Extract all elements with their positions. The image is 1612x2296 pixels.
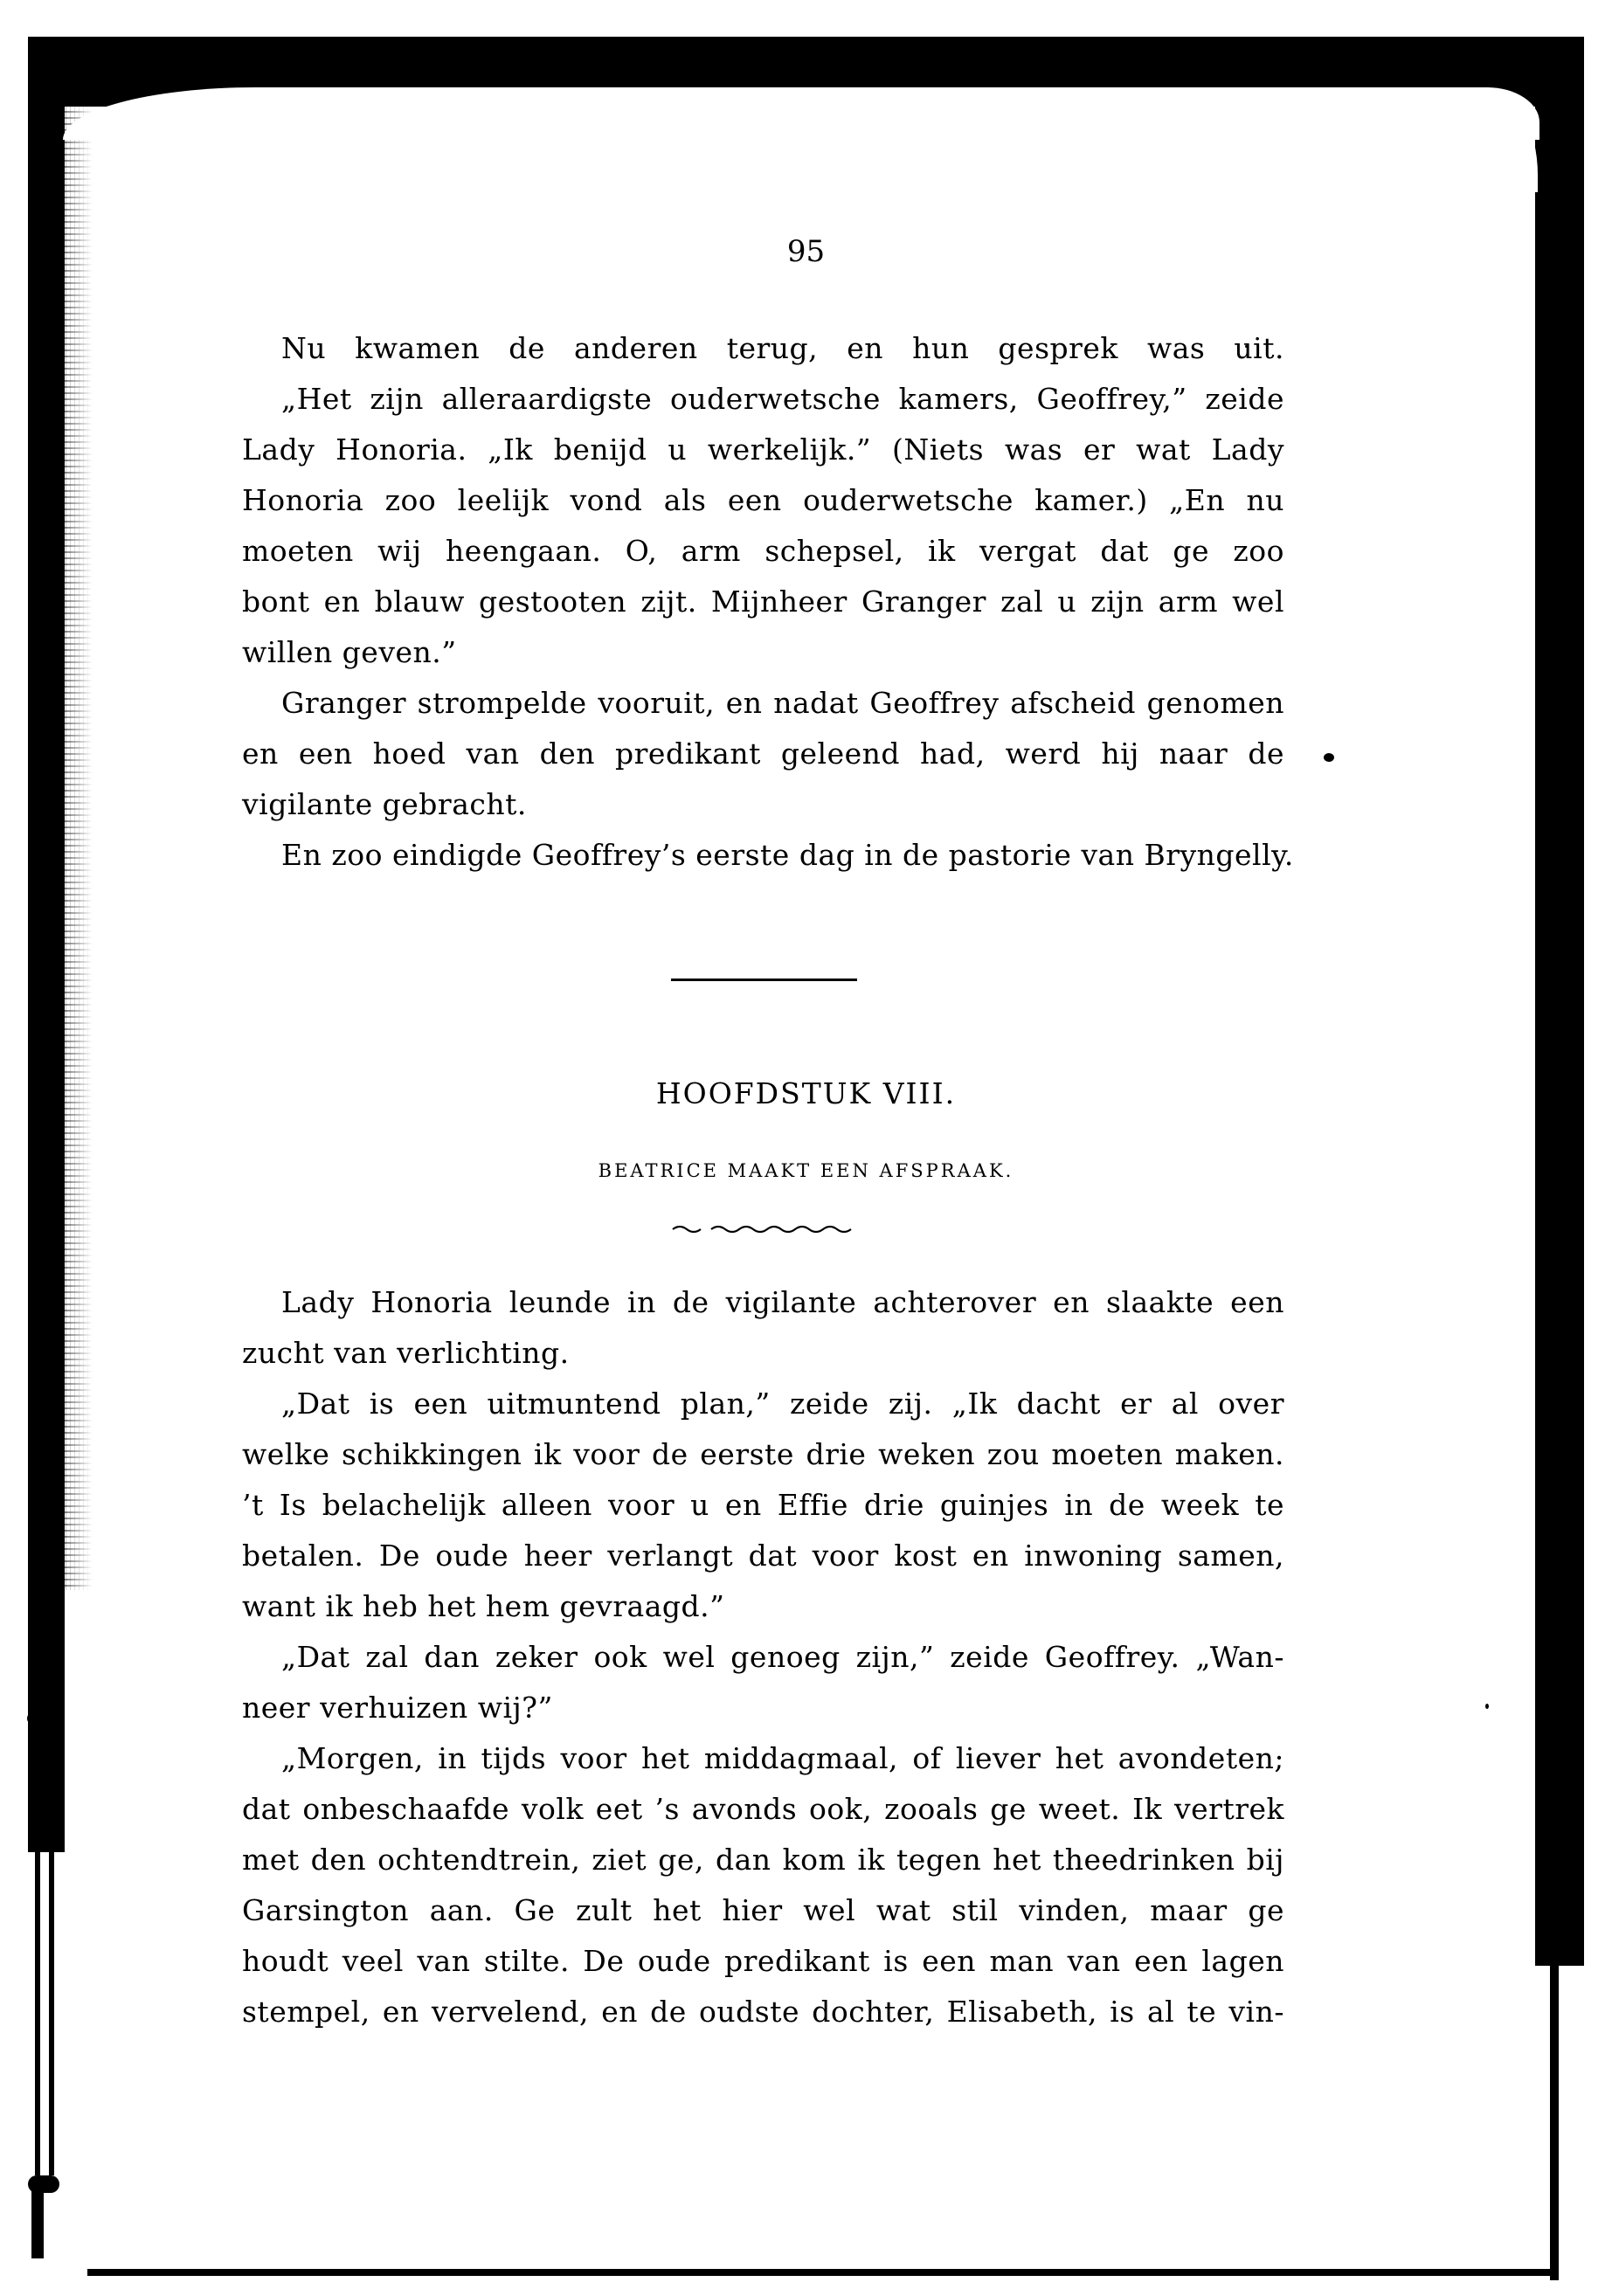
text-line: zucht van verlichting.	[242, 1328, 1284, 1379]
page-border-bottom	[87, 2269, 1559, 2276]
text-line: bont en blauw gestooten zijt. Mijnheer G…	[242, 577, 1284, 627]
text-line: houdt veel van stilte. De oude predikant…	[242, 1936, 1284, 1987]
text-line: Nu kwamen de anderen terug, en hun gespr…	[242, 323, 1284, 374]
page-border-right	[1535, 52, 1584, 1966]
text-line: en een hoed van den predikant geleend ha…	[242, 729, 1284, 779]
text-line: Honoria zoo leelijk vond als een ouderwe…	[242, 475, 1284, 526]
page-border-left	[28, 105, 65, 1852]
page-number: 95	[0, 234, 1612, 269]
spine-double-line	[35, 1739, 54, 2175]
text-line: „Dat zal dan zeker ook wel genoeg zijn,”…	[242, 1632, 1284, 1683]
text-line: ’t Is belachelijk alleen voor u en Effie…	[242, 1480, 1284, 1531]
ink-speck	[1324, 753, 1334, 762]
text-line: dat onbeschaafde volk eet ’s avonds ook,…	[242, 1784, 1284, 1835]
section-divider-rule	[671, 979, 857, 981]
page-border-right-lower	[1550, 1957, 1559, 2280]
text-line: want ik heb het hem gevraagd.”	[242, 1581, 1284, 1632]
text-line: neer verhuizen wij?”	[242, 1683, 1284, 1733]
spine-foot	[31, 2184, 44, 2258]
text-line: „Morgen, in tijds voor het middagmaal, o…	[242, 1733, 1284, 1784]
text-line: vigilante gebracht.	[242, 779, 1284, 830]
text-line: welke schikkingen ik voor de eerste drie…	[242, 1429, 1284, 1480]
text-line: Lady Honoria leunde in de vigilante acht…	[242, 1277, 1284, 1328]
chapter-title: HOOFDSTUK VIII.	[0, 1075, 1612, 1113]
text-line: Garsington aan. Ge zult het hier wel wat…	[242, 1885, 1284, 1936]
text-line: stempel, en vervelend, en de oudste doch…	[242, 1987, 1284, 2037]
chapter-subtitle: BEATRICE MAAKT EEN AFSPRAAK.	[0, 1158, 1612, 1184]
text-line: En zoo eindigde Geoffrey’s eerste dag in…	[242, 830, 1284, 881]
decorative-wave-ornament	[671, 1221, 859, 1235]
text-line: met den ochtendtrein, ziet ge, dan kom i…	[242, 1835, 1284, 1885]
spine-ornament	[27, 1712, 62, 1725]
text-line: willen geven.”	[242, 627, 1284, 678]
ink-speck	[1485, 1704, 1489, 1709]
text-section-2: Lady Honoria leunde in de vigilante acht…	[242, 1277, 1284, 2037]
text-line: Granger strompelde vooruit, en nadat Geo…	[242, 678, 1284, 729]
text-section-1: Nu kwamen de anderen terug, en hun gespr…	[242, 323, 1284, 881]
page-border-left-speckle	[61, 105, 93, 1590]
text-line: moeten wij heengaan. O, arm schepsel, ik…	[242, 526, 1284, 577]
text-line: „Het zijn alleraardigste ouderwetsche ka…	[242, 374, 1284, 425]
page-corner-curve	[63, 87, 1539, 140]
text-line: „Dat is een uitmuntend plan,” zeide zij.…	[242, 1379, 1284, 1429]
text-line: betalen. De oude heer verlangt dat voor …	[242, 1531, 1284, 1581]
text-line: Lady Honoria. „Ik benijd u werkelijk.” (…	[242, 425, 1284, 475]
